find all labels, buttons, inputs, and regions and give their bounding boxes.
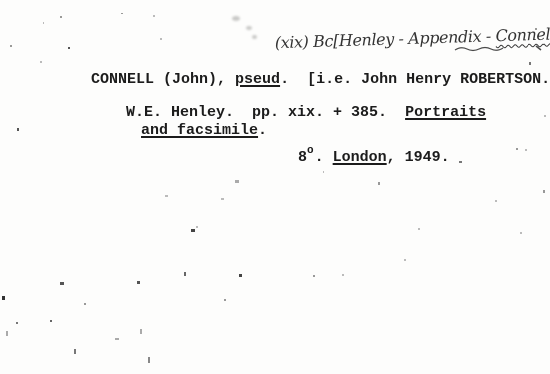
imprint-format: 8 (298, 149, 307, 166)
imprint-year: , 1949. (387, 149, 450, 166)
collation-line-2: and facsimile. (105, 104, 267, 158)
imprint-format-superscript: o (307, 142, 314, 160)
imprint-place: London (333, 149, 387, 166)
annotation-prefix: (xix) Bc[Henley - Appendix - (275, 26, 496, 52)
catalog-card: (xix) Bc[Henley - Appendix - Connell] CO… (0, 0, 550, 374)
collation-portraits: Portraits (405, 104, 486, 121)
annotation-underlined-word: Connell (495, 24, 550, 45)
scan-smudge (246, 26, 252, 30)
imprint-separator: . (315, 149, 333, 166)
scan-smudge (232, 16, 240, 21)
collation-facsimile: and facsimile (141, 122, 258, 139)
imprint-line: 8o. London, 1949. (262, 131, 450, 186)
